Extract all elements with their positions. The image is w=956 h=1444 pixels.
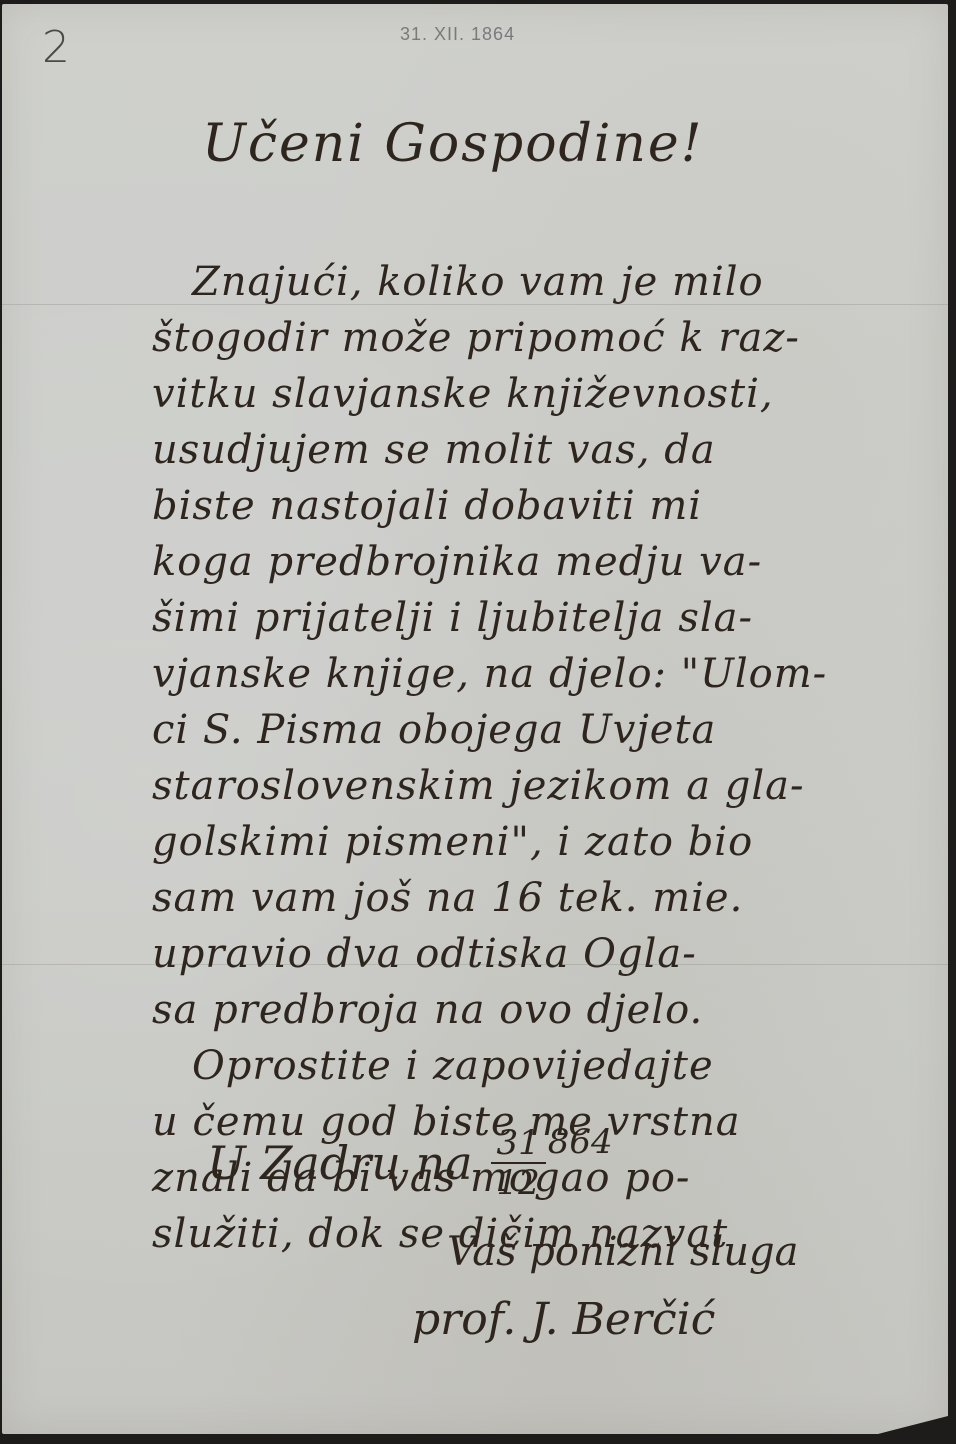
torn-corner [878, 1416, 948, 1434]
body-line: usudjujem se molit vas, da [152, 422, 942, 478]
date-day: 31 [491, 1124, 546, 1164]
body-line: staroslovenskim jezikom a gla- [152, 758, 942, 814]
letter-body: Znajući, koliko vam je milo štogodir mož… [152, 254, 942, 1262]
body-line: Znajući, koliko vam je milo [152, 254, 942, 310]
place-date: U Zadru na 31 12 864 [207, 1124, 613, 1202]
body-line: sam vam još na 16 tek. mie. [152, 870, 942, 926]
body-line: biste nastojali dobaviti mi [152, 478, 942, 534]
letter-page: 2 31. XII. 1864 Učeni Gospodine! Znajući… [2, 4, 948, 1434]
archive-item-number: 2 [42, 22, 70, 73]
date-year: 864 [548, 1122, 613, 1162]
body-line: golskimi pismeni", i zato bio [152, 814, 942, 870]
date-fraction: 31 12 [491, 1124, 546, 1202]
body-line: vjanske knjige, na djelo: "Ulom- [152, 646, 942, 702]
closing: Vaš ponizni sluga [447, 1229, 798, 1275]
body-line: koga predbrojnika medju va- [152, 534, 942, 590]
body-line: sa predbroja na ovo djelo. [152, 982, 942, 1038]
archive-date-note: 31. XII. 1864 [400, 24, 515, 45]
body-line: ci S. Pisma obojega Uvjeta [152, 702, 942, 758]
body-line: upravio dva odtiska Ogla- [152, 926, 942, 982]
signature: prof. J. Berčić [412, 1294, 715, 1345]
body-line: vitku slavjanske književnosti, [152, 366, 942, 422]
place: U Zadru na [207, 1136, 473, 1190]
body-line: šimi prijatelji i ljubitelja sla- [152, 590, 942, 646]
body-line: Oprostite i zapovijedajte [152, 1038, 942, 1094]
date-month: 12 [491, 1164, 546, 1202]
body-line: štogodir može pripomoć k raz- [152, 310, 942, 366]
salutation: Učeni Gospodine! [202, 114, 704, 174]
